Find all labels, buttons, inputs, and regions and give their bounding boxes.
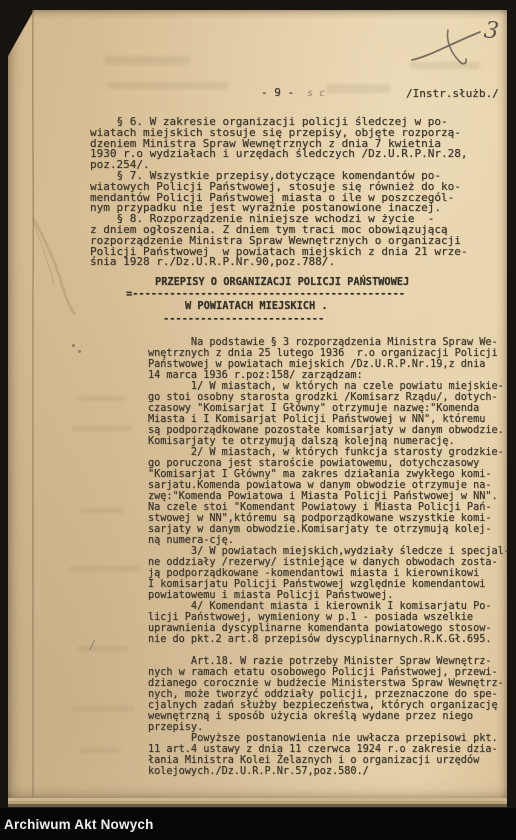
doc-reference: /Instr.służb./ [406,87,499,100]
bleed-through-mark [80,748,120,753]
bleed-through-mark [80,508,124,513]
handwritten-folio-number: 3 [482,17,500,45]
archive-name: Archiwum Akt Nowych [4,817,154,832]
bleed-through-mark [104,56,190,65]
bleed-through-mark [108,82,228,89]
stray-marks: s c [307,88,325,99]
section-title-underline: =---------------------------------------… [126,288,405,300]
ink-speck [78,350,81,353]
bleed-through-mark [326,84,390,93]
handwritten-x-mark [410,26,484,68]
scan-background: 3 / - 9 - s c /Instr.służb./ § 6. W zakr… [0,0,516,840]
ink-speck [72,344,75,347]
bleed-through-mark [72,706,134,711]
bleed-through-mark [78,396,126,401]
ordinance-points: Na podstawie § 3 rozporządzenia Ministra… [148,337,510,645]
section-subtitle: W POWIATACH MIEJSKICH . [185,300,328,312]
document-page: 3 / - 9 - s c /Instr.służb./ § 6. W zakr… [8,10,507,800]
page-number: - 9 - [261,86,294,99]
bleed-through-mark [72,426,132,431]
bleed-through-mark [78,646,128,651]
paragraphs-6-8: § 6. W zakresie organizacji policji śled… [90,117,468,268]
paper-crease [8,10,98,800]
section-title: PRZEPISY O ORGANIZACJI POLICJI PAŃSTWOWE… [155,276,409,288]
section-subtitle-underline: -------------------------- [163,313,324,325]
bleed-through-mark [70,566,140,571]
archive-footer-bar: Archiwum Akt Nowych [0,808,516,840]
article-18: Art.18. W razie potrzeby Minister Spraw … [148,656,504,777]
